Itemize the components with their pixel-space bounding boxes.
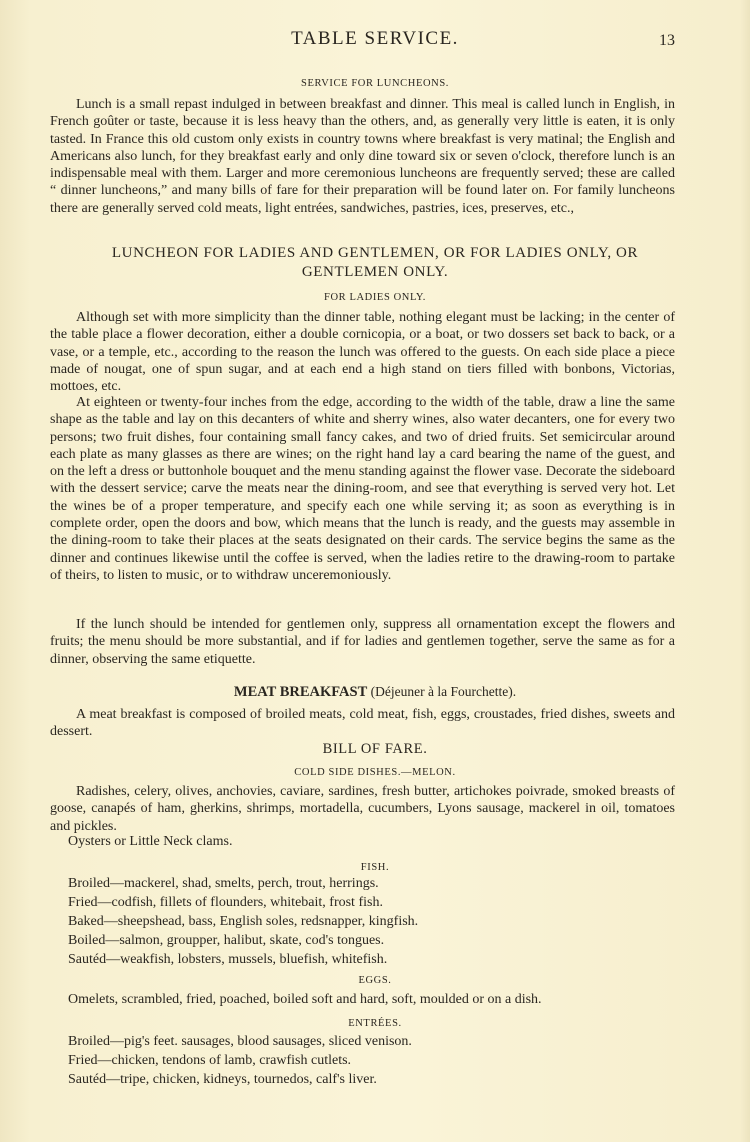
fish-item: Fried—codfish, fillets of flounders, whi… (68, 893, 688, 912)
fish-item: Baked—sheepshead, bass, English soles, r… (68, 912, 688, 931)
entree-item: Sautéd—tripe, chicken, kidneys, tournedo… (68, 1070, 688, 1089)
oysters-line: Oysters or Little Neck clams. (68, 832, 688, 851)
fish-item: Sautéd—weakfish, lobsters, mussels, blue… (68, 950, 688, 969)
entree-item: Fried—chicken, tendons of lamb, crawfish… (68, 1051, 688, 1070)
book-page: TABLE SERVICE. 13 SERVICE FOR LUNCHEONS.… (0, 0, 750, 1142)
meat-breakfast-title: MEAT BREAKFAST (234, 684, 367, 700)
subheading-fish: FISH. (0, 862, 750, 873)
section-heading-service-for-luncheons: SERVICE FOR LUNCHEONS. (0, 78, 750, 89)
subheading-cold-side-dishes: COLD SIDE DISHES.—MELON. (0, 767, 750, 778)
paragraph-gentlemen-only: If the lunch should be intended for gent… (50, 616, 675, 668)
section-heading-luncheon-line2: GENTLEMEN ONLY. (60, 263, 690, 282)
paragraph-meat-breakfast: A meat breakfast is composed of broiled … (50, 706, 675, 741)
subheading-for-ladies-only: FOR LADIES ONLY. (0, 292, 750, 303)
fish-list: Broiled—mackerel, shad, smelts, perch, t… (68, 874, 688, 969)
section-heading-meat-breakfast: MEAT BREAKFAST (Déjeuner à la Fourchette… (0, 684, 750, 701)
fish-item: Boiled—salmon, groupper, halibut, skate,… (68, 931, 688, 950)
section-heading-luncheon-line1: LUNCHEON FOR LADIES AND GENTLEMEN, OR FO… (60, 244, 690, 263)
subheading-entrees: ENTRÉES. (0, 1018, 750, 1029)
paragraph-table-decoration: Although set with more simplicity than t… (50, 309, 675, 395)
entrees-list: Broiled—pig's feet. sausages, blood saus… (68, 1032, 688, 1089)
paragraph-table-setting: At eighteen or twenty-four inches from t… (50, 394, 675, 584)
bill-of-fare-heading: BILL OF FARE. (60, 740, 690, 759)
paragraph-cold-side-dishes: Radishes, celery, olives, anchovies, cav… (50, 783, 675, 835)
running-head: TABLE SERVICE. (0, 28, 750, 50)
eggs-line: Omelets, scrambled, fried, poached, boil… (68, 990, 688, 1009)
section-heading-luncheon: LUNCHEON FOR LADIES AND GENTLEMEN, OR FO… (60, 244, 690, 282)
fish-item: Broiled—mackerel, shad, smelts, perch, t… (68, 874, 688, 893)
meat-breakfast-french-title: (Déjeuner à la Fourchette). (367, 684, 516, 699)
page-number: 13 (659, 32, 675, 50)
paragraph-lunch-intro: Lunch is a small repast indulged in betw… (50, 96, 675, 217)
subheading-eggs: EGGS. (0, 975, 750, 986)
entree-item: Broiled—pig's feet. sausages, blood saus… (68, 1032, 688, 1051)
